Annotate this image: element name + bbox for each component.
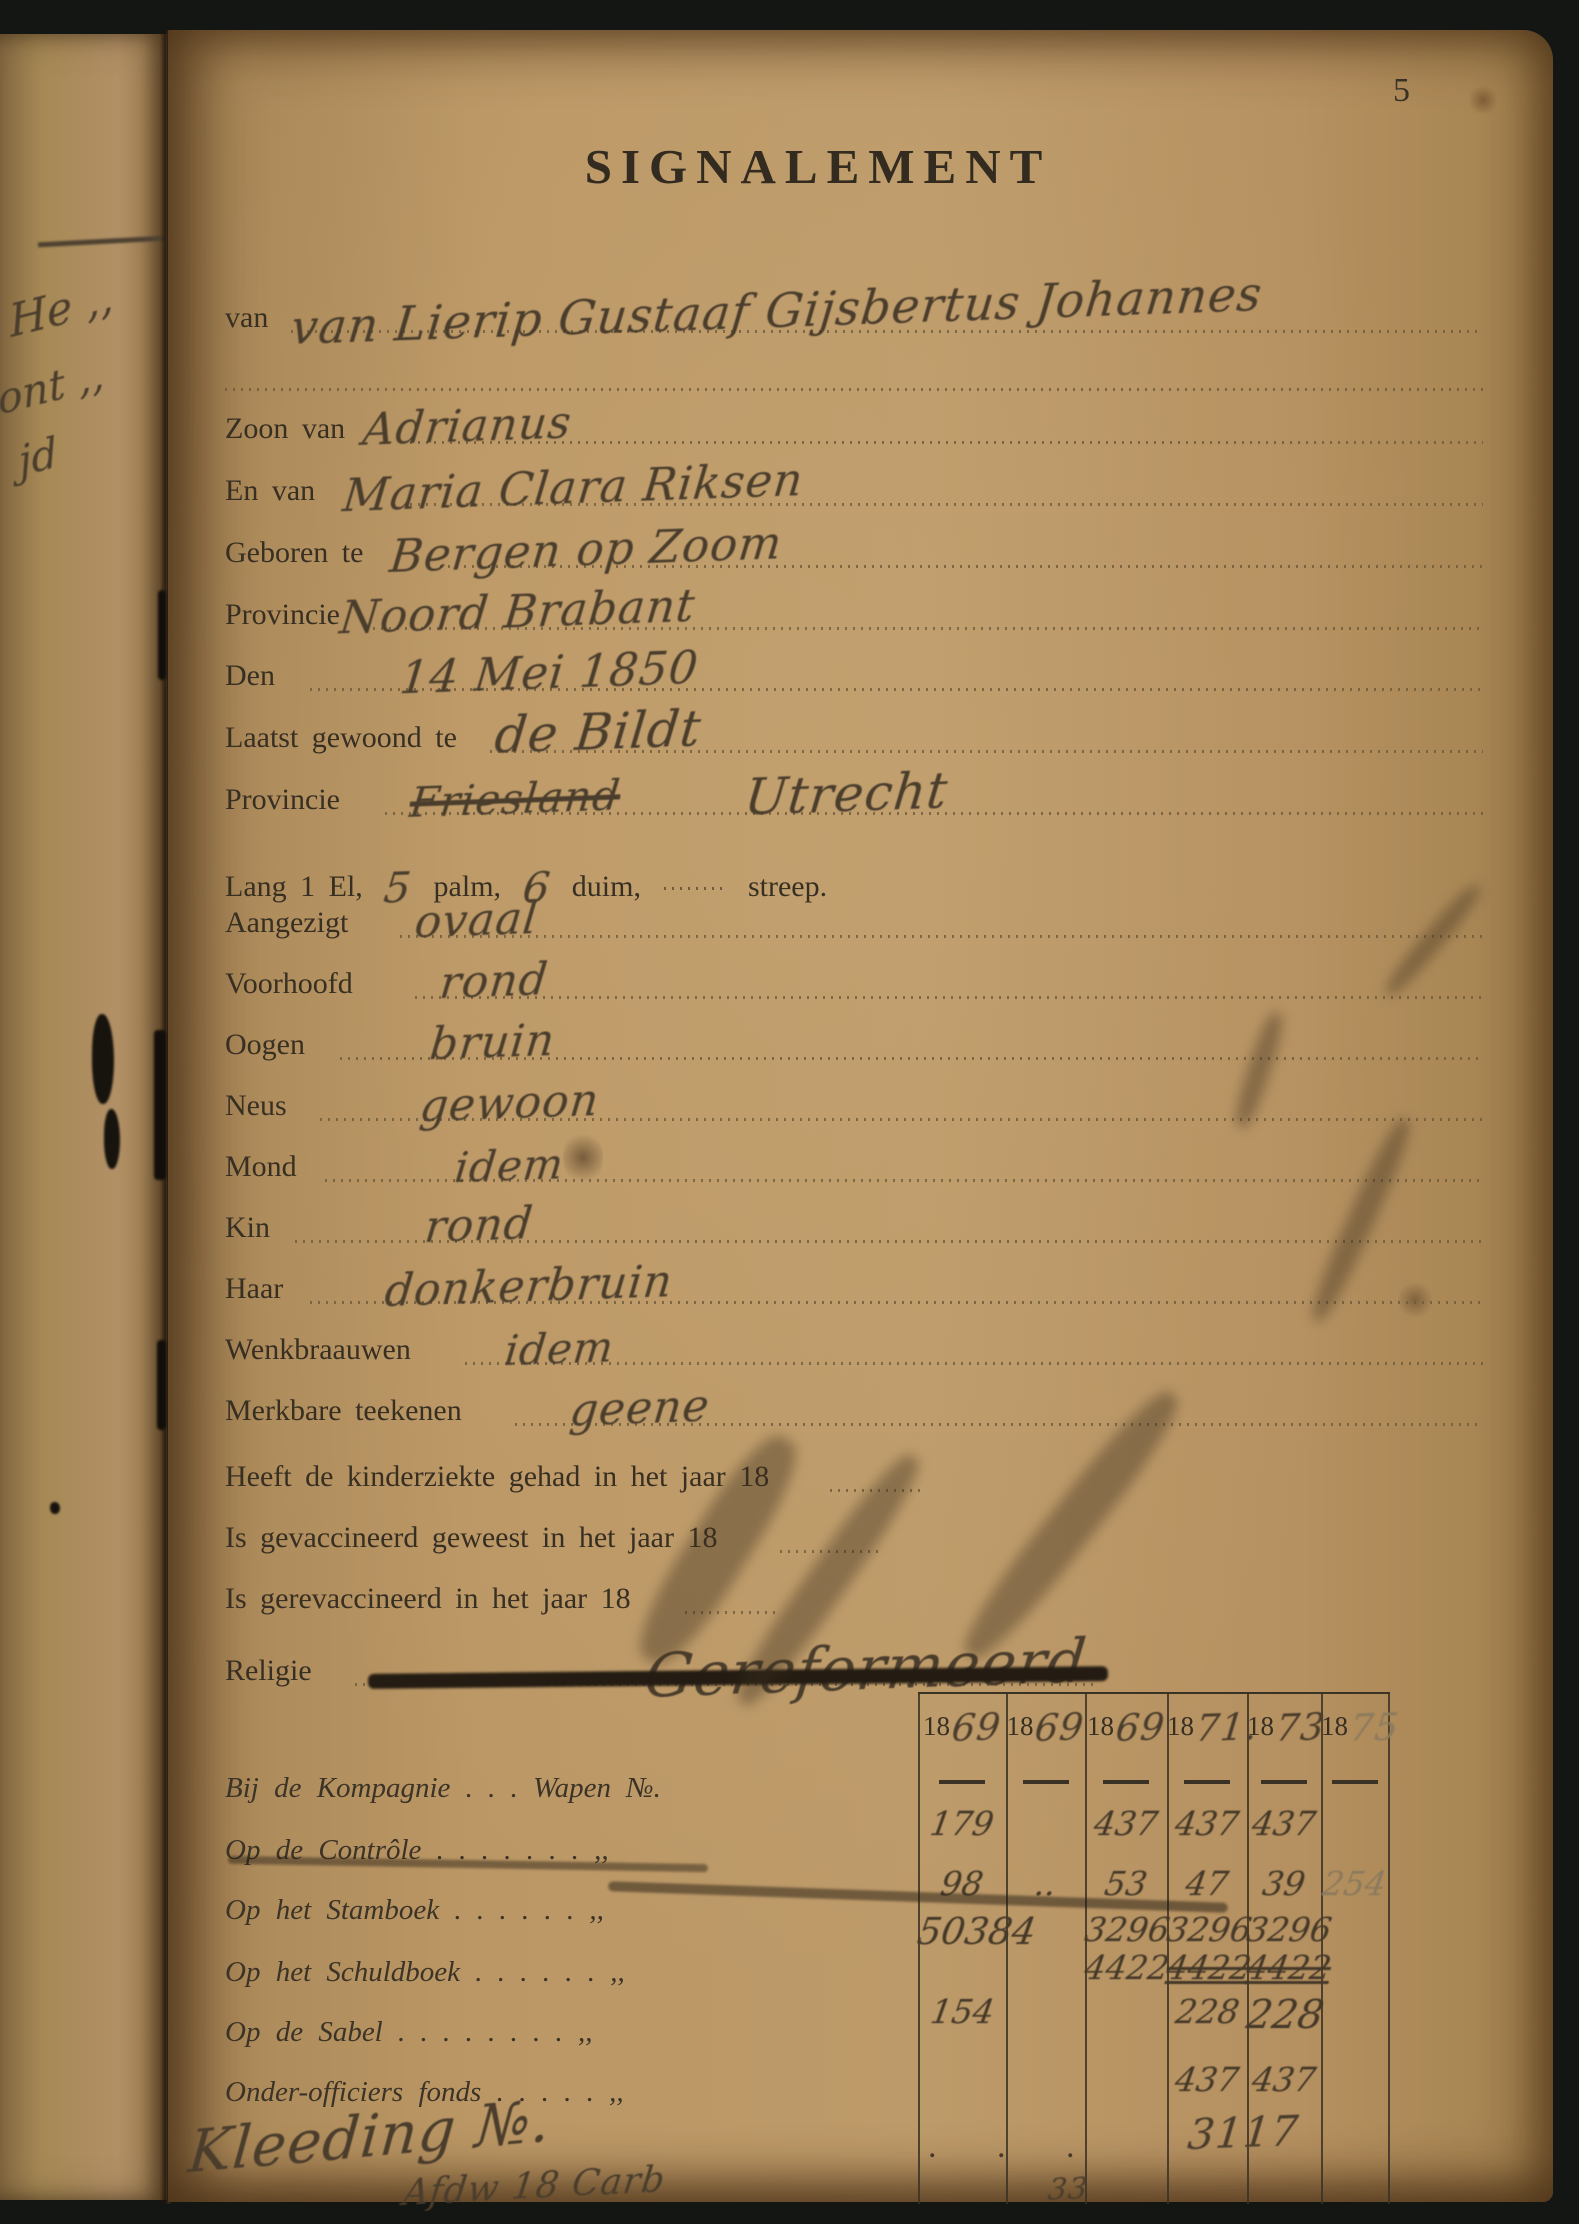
field-value-handwriting: rond	[437, 954, 550, 1009]
table-row-sabel: 437 437	[918, 2060, 1390, 2099]
signalement-page: 5 SIGNALEMENT van van Lierip Gustaaf Gij…	[168, 30, 1553, 2202]
page-tear	[157, 1340, 166, 1430]
field-value-handwriting: geene	[567, 1380, 712, 1436]
kinderziekte-line: Heeft de kinderziekte gehad in het jaar …	[225, 1450, 1483, 1496]
field-row: Kin rond	[225, 1201, 1483, 1247]
field-row: Oogen bruin	[225, 1018, 1483, 1064]
field-value-handwriting: rond	[422, 1198, 535, 1253]
field-value-handwriting: Bergen op Zoom	[387, 516, 785, 583]
field-label: Geboren te	[225, 536, 363, 570]
footer-note-handwriting: Afdw 18 Carb	[401, 2159, 668, 2214]
field-row: Zoon van Adrianus	[225, 402, 1483, 448]
table-label-schuldboek: Op het Schuldboek . . . . . . ,,	[225, 1956, 625, 1989]
page-tear	[158, 590, 166, 680]
field-value-handwriting: Maria Clara Riksen	[340, 453, 806, 522]
empty-dotted-line	[225, 388, 1483, 391]
footer-note-number-handwriting: 33	[1046, 2171, 1090, 2208]
scanned-document: { "page": { "number": "5", "title": "SIG…	[0, 0, 1579, 2224]
margin-stroke	[38, 236, 166, 248]
year-handwriting: 71.	[1194, 1705, 1260, 1750]
field-row: Merkbare teekenen geene	[225, 1384, 1483, 1430]
year-handwriting: 73	[1274, 1705, 1328, 1750]
field-label: Merkbare teekenen	[225, 1394, 462, 1428]
field-label: Neus	[225, 1089, 287, 1123]
margin-fragment: He ,,	[7, 271, 116, 348]
field-label: En van	[225, 474, 315, 508]
field-value-handwriting: Utrecht	[742, 761, 951, 826]
table-year-header: 1869 1869 1869 1871. 1873 1875	[918, 1706, 1390, 1749]
field-value-handwriting: idem	[452, 1139, 566, 1192]
field-value-handwriting: Adrianus	[360, 397, 574, 455]
kinderziekte-label: Heeft de kinderziekte gehad in het jaar …	[225, 1460, 769, 1494]
field-label: Provincie	[225, 783, 340, 817]
page-title: SIGNALEMENT	[248, 138, 1388, 195]
field-label: Kin	[225, 1211, 270, 1245]
field-label: Voorhoofd	[225, 967, 353, 1001]
paper-stain	[1468, 85, 1498, 115]
margin-fragment: jd	[16, 427, 60, 486]
field-row: Laatst gewoond te de Bildt	[225, 711, 1483, 757]
table-label-stamboek: Op het Stamboek . . . . . . ,,	[225, 1894, 604, 1927]
field-label: Zoon van	[225, 412, 345, 446]
ink-blot	[50, 1502, 60, 1514]
table-row-schuldboek: 154 228 228	[918, 1992, 1390, 2038]
field-label: Aangezigt	[225, 906, 348, 940]
field-row: Neus gewoon	[225, 1079, 1483, 1125]
gerevaccineerd-line: Is gerevaccineerd in het jaar 18	[225, 1572, 1483, 1618]
field-row: Wenkbraauwen idem	[225, 1323, 1483, 1369]
field-value-handwriting: donkerbruin	[382, 1256, 675, 1317]
field-row: Provincie Noord Brabant	[225, 588, 1483, 634]
year-handwriting: 69	[950, 1705, 1004, 1750]
table-row-stamboek: 50384 32963296 3296	[918, 1910, 1390, 1953]
field-value-handwriting: de Bildt	[492, 699, 704, 764]
field-row: Provincie Friesland Utrecht	[225, 773, 1483, 819]
field-label: Laatst gewoond te	[225, 721, 457, 755]
field-row: Voorhoofd rond	[225, 957, 1483, 1003]
field-row: Geboren te Bergen op Zoom	[225, 526, 1483, 572]
field-row: Den 14 Mei 1850	[225, 649, 1483, 695]
field-value-handwriting: ovaal	[412, 893, 540, 949]
year-handwriting: 69	[1033, 1705, 1087, 1750]
previous-page-edge: He ,, ont ,, jd	[0, 34, 167, 2200]
field-value-handwriting: 14 Mei 1850	[397, 641, 701, 705]
gerevaccineerd-label: Is gerevaccineerd in het jaar 18	[225, 1582, 631, 1616]
field-label: Haar	[225, 1272, 283, 1306]
field-row: En van Maria Clara Riksen	[225, 464, 1483, 510]
table-label-sabel: Op de Sabel . . . . . . . . ,,	[225, 2016, 593, 2049]
field-value-handwriting: idem	[502, 1322, 616, 1375]
field-row: Aangezigt ovaal	[225, 896, 1483, 942]
table-top-border	[918, 1692, 1390, 1694]
field-label: Mond	[225, 1150, 297, 1184]
van-label: van	[225, 301, 268, 335]
table-row-stamboek-second: 44224422 4422	[918, 1948, 1390, 1987]
page-tear	[154, 1030, 166, 1180]
kleeding-dots: . . .	[928, 2128, 1101, 2166]
page-number: 5	[1393, 72, 1410, 110]
margin-fragment: ont ,,	[0, 349, 106, 425]
religie-label: Religie	[225, 1654, 312, 1688]
field-value-handwriting: Noord Brabant	[337, 579, 698, 645]
field-label: Oogen	[225, 1028, 305, 1062]
table-row-kompagnie: 179 437437 437	[918, 1804, 1390, 1843]
field-label: Provincie	[225, 598, 340, 632]
field-value-handwriting: gewoon	[417, 1075, 601, 1132]
field-label: Wenkbraauwen	[225, 1333, 411, 1367]
ink-blot	[92, 1014, 114, 1104]
ink-blot	[104, 1109, 120, 1169]
streep-dotted-blank	[664, 887, 724, 890]
field-row: Mond idem	[225, 1140, 1483, 1186]
kleeding-number-handwriting: 3117	[1185, 2106, 1301, 2159]
field-row: Haar donkerbruin	[225, 1262, 1483, 1308]
gevaccineerd-label: Is gevaccineerd geweest in het jaar 18	[225, 1521, 717, 1555]
field-label: Den	[225, 659, 275, 693]
table-label-kompagnie: Bij de Kompagnie . . . Wapen №.	[225, 1772, 661, 1805]
table-header-dashes	[918, 1780, 1390, 1784]
struck-value-handwriting: Friesland	[407, 770, 623, 827]
year-handwriting: 69	[1114, 1705, 1168, 1750]
year-handwriting: 75	[1348, 1705, 1402, 1750]
name-handwriting: van Lierip Gustaaf Gijsbertus Johannes	[288, 267, 1265, 356]
field-value-handwriting: bruin	[427, 1015, 557, 1071]
